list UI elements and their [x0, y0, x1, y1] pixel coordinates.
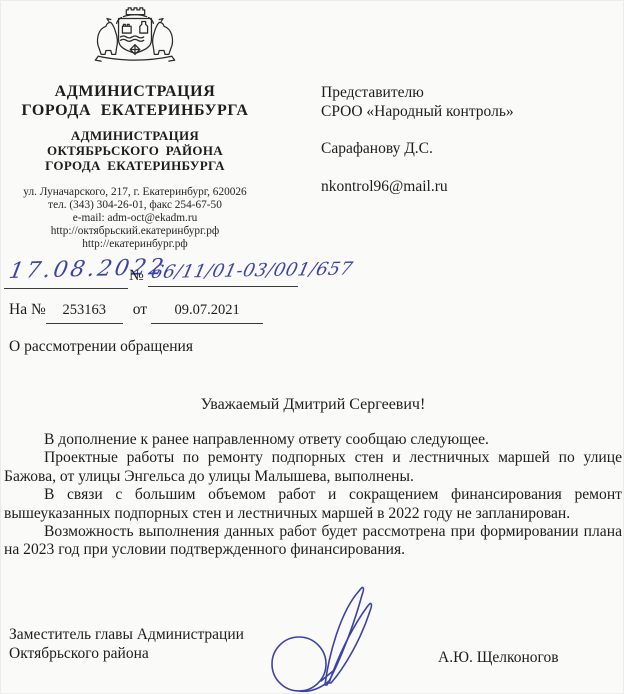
org1-line1: АДМИНИСТРАЦИЯ [1, 82, 269, 101]
addressee-block: Представителю СРОО «Народный контроль» С… [321, 84, 514, 196]
body-paragraph-1: В дополнение к ранее направленному ответ… [4, 431, 622, 449]
scanned-letter-page: АДМИНИСТРАЦИЯ ГОРОДА ЕКАТЕРИНБУРГА АДМИН… [0, 0, 624, 694]
addressee-role: Представителю [321, 84, 514, 103]
email: e-mail: adm-oct@ekadm.ru [1, 212, 269, 225]
incoming-date: 09.07.2021 [151, 302, 263, 324]
number-sign: № [129, 267, 144, 285]
handwritten-outgoing-number: 66/11/01-03/001/657 [149, 259, 355, 283]
signer-position-line2: Октябрьского района [9, 644, 244, 663]
signer-name: А.Ю. Щелконогов [438, 649, 559, 667]
salutation: Уважаемый Дмитрий Сергеевич! [1, 396, 624, 414]
org1-line2: ГОРОДА ЕКАТЕРИНБУРГА [1, 101, 269, 120]
body-paragraph-4: Возможность выполнения данных работ буде… [4, 523, 622, 560]
signer-position: Заместитель главы Администрации Октябрьс… [9, 625, 244, 663]
date-underline [4, 288, 128, 289]
reference-block: 17.08.2022 № 66/11/01-03/001/657 На № 25… [9, 259, 319, 324]
from-label: от [133, 301, 147, 319]
letterhead-contacts: ул. Луначарского, 217, г. Екатеринбург, … [1, 186, 269, 251]
letterhead: АДМИНИСТРАЦИЯ ГОРОДА ЕКАТЕРИНБУРГА АДМИН… [1, 5, 269, 251]
postal-address: ул. Луначарского, 217, г. Екатеринбург, … [1, 186, 269, 199]
org2-line2: ОКТЯБРЬСКОГО РАЙОНА [1, 143, 269, 158]
body-paragraph-2: Проектные работы по ремонту подпорных ст… [4, 449, 622, 486]
website-city: http://екатеринбург.рф [1, 238, 269, 251]
handwritten-signature [259, 583, 395, 694]
addressee-email: nkontrol96@mail.ru [321, 178, 514, 197]
incoming-row: На № 253163 от 09.07.2021 [9, 301, 319, 324]
letter-body: В дополнение к ранее направленному ответ… [4, 431, 622, 560]
yekaterinburg-coat-of-arms-icon [91, 5, 179, 65]
org-city-administration: АДМИНИСТРАЦИЯ ГОРОДА ЕКАТЕРИНБУРГА [1, 82, 269, 120]
number-underline [148, 286, 298, 287]
letter-subject: О рассмотрении обращения [9, 338, 193, 356]
addressee-organization: СРОО «Народный контроль» [321, 103, 514, 122]
org2-line1: АДМИНИСТРАЦИЯ [1, 128, 269, 143]
incoming-number: 253163 [46, 302, 123, 324]
reply-to-label: На № [9, 301, 46, 319]
signer-position-line1: Заместитель главы Администрации [9, 625, 244, 644]
website-district: http://октябрьский.екатеринбург.рф [1, 225, 269, 238]
org2-line3: ГОРОДА ЕКАТЕРИНБУРГА [1, 158, 269, 173]
phone-fax: тел. (343) 304-26-01, факс 254-67-50 [1, 199, 269, 212]
outgoing-row: 17.08.2022 № 66/11/01-03/001/657 [9, 259, 319, 295]
addressee-name: Сарафанову Д.С. [321, 140, 514, 159]
handwritten-date: 17.08.2022 [7, 255, 168, 284]
org-district-administration: АДМИНИСТРАЦИЯ ОКТЯБРЬСКОГО РАЙОНА ГОРОДА… [1, 128, 269, 173]
body-paragraph-3: В связи с большим объемом работ и сокращ… [4, 486, 622, 523]
